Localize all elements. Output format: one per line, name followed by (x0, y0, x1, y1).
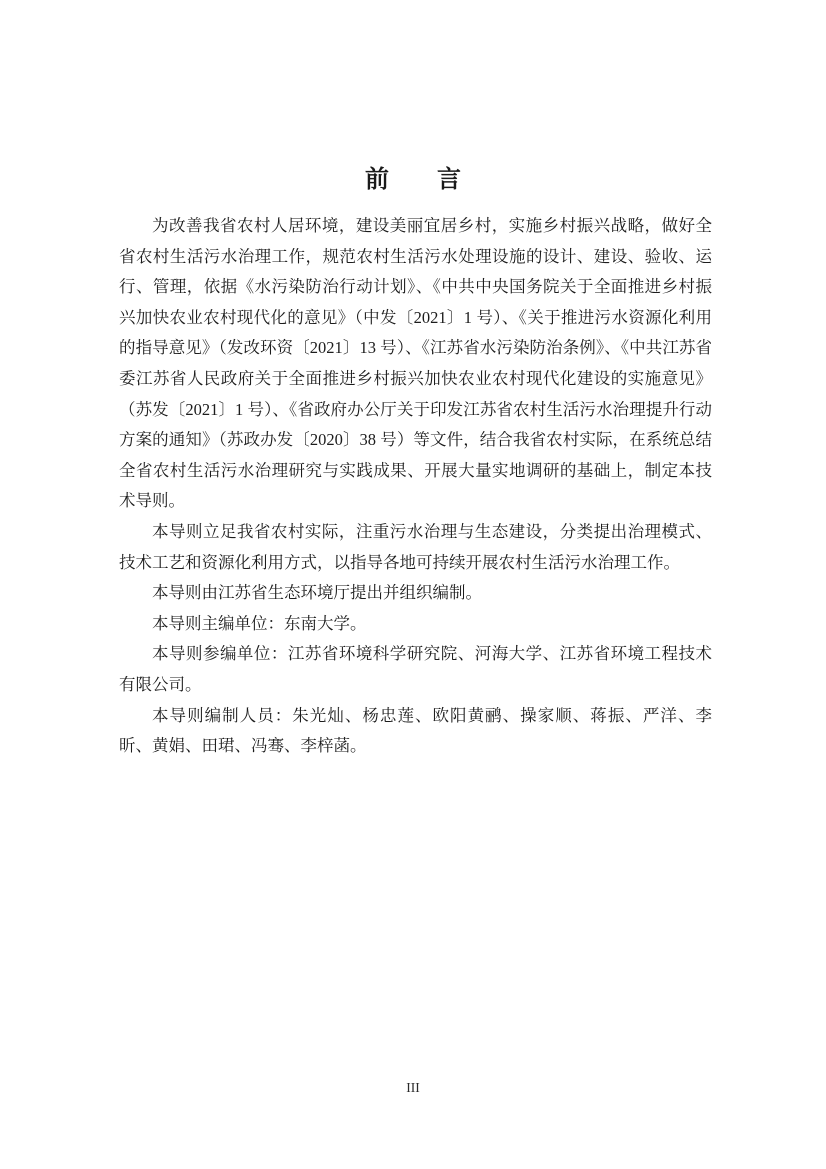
document-page: 前 言 为改善我省农村人居环境，建设美丽宜居乡村，实施乡村振兴战略，做好全省农村… (0, 0, 826, 1169)
paragraph-authors: 本导则编制人员：朱光灿、杨忠莲、欧阳黄鹂、操家顺、蒋振、严洋、李昕、黄娟、田珺、… (119, 701, 712, 762)
page-number: III (0, 1080, 826, 1096)
paragraph-participating-units: 本导则参编单位：江苏省环境科学研究院、河海大学、江苏省环境工程技术有限公司。 (119, 639, 712, 700)
page-title: 前 言 (0, 165, 826, 195)
paragraph-scope: 本导则立足我省农村实际，注重污水治理与生态建设，分类提出治理模式、技术工艺和资源… (119, 517, 712, 578)
document-body: 为改善我省农村人居环境，建设美丽宜居乡村，实施乡村振兴战略，做好全省农村生活污水… (119, 211, 712, 762)
paragraph-intro: 为改善我省农村人居环境，建设美丽宜居乡村，实施乡村振兴战略，做好全省农村生活污水… (119, 211, 712, 517)
paragraph-chief-editor-unit: 本导则主编单位：东南大学。 (119, 609, 712, 640)
paragraph-issuing-org: 本导则由江苏省生态环境厅提出并组织编制。 (119, 578, 712, 609)
